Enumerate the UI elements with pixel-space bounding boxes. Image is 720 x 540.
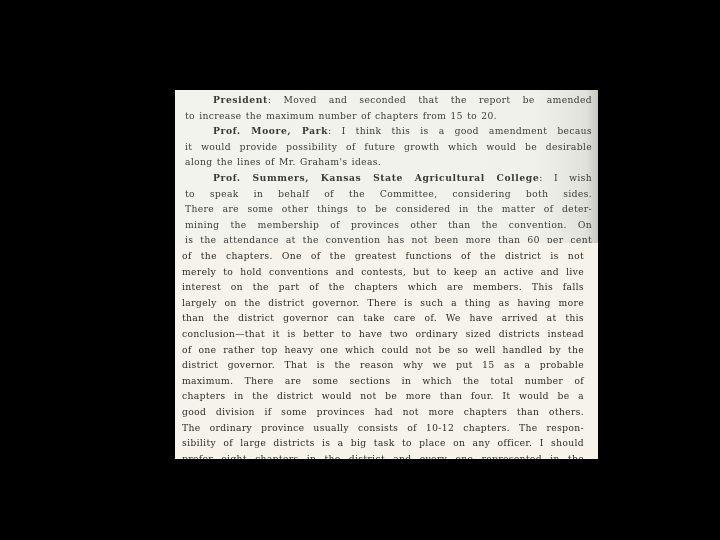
text-line: to increase the maximum number of chapte… [185,109,592,125]
text-line: good division if some provinces had not … [182,405,584,421]
text-line: Prof. Summers, Kansas State Agricultural… [185,171,592,187]
text-line: along the lines of Mr. Graham's ideas. [185,155,592,171]
text-line: it would provide possibility of future g… [185,140,592,156]
text-line: mining the membership of provinces other… [185,218,592,234]
text-line: of the chapters. One of the greatest fun… [182,249,584,265]
paragraph-president: President: Moved and seconded that the r… [185,93,592,124]
text-line: district governor. That is the reason wh… [182,358,584,374]
text-line: Prof. Moore, Park: I think this is a goo… [185,124,592,140]
speaker-name: Prof. Moore, Park [213,126,328,137]
text-line: largely on the district governor. There … [182,296,584,312]
text-line: than the district governor can take care… [182,311,584,327]
scanned-text-fragment-bottom: of the chapters. One of the greatest fun… [175,243,598,459]
text-line: of one rather top heavy one which could … [182,343,584,359]
slide: President: Moved and seconded that the r… [0,0,720,540]
text-line: interest on the part of the chapters whi… [182,280,584,296]
text-line: sibility of large districts is a big tas… [182,436,584,452]
text-line: is the attendance at the convention has … [185,233,592,243]
text-line: to speak in behalf of the Committee, con… [185,187,592,203]
text-line: conclusion—that it is better to have two… [182,327,584,343]
text-line: The ordinary province usually consists o… [182,421,584,437]
text-line: There are some other things to be consid… [185,202,592,218]
paragraph-continuation: of the chapters. One of the greatest fun… [182,249,584,459]
text-line: President: Moved and seconded that the r… [185,93,592,109]
text-line: prefer eight chapters in the district an… [182,452,584,459]
text-line: chapters in the district would not be mo… [182,389,584,405]
speaker-name: Prof. Summers, Kansas State Agricultural… [213,173,539,184]
text-line: merely to hold conventions and contests,… [182,265,584,281]
text-line: maximum. There are some sections in whic… [182,374,584,390]
speaker-name: President [213,95,268,106]
scanned-text-fragment-top: President: Moved and seconded that the r… [175,90,598,243]
paragraph-prof-moore: Prof. Moore, Park: I think this is a goo… [185,124,592,171]
paragraph-prof-summers: Prof. Summers, Kansas State Agricultural… [185,171,592,243]
